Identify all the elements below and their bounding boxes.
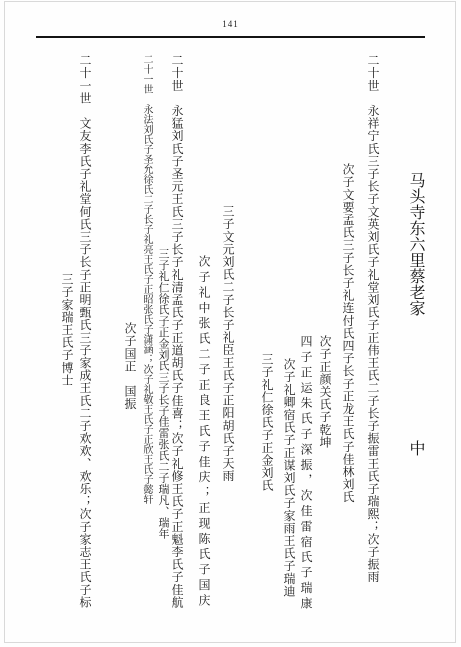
page-number: 141 (36, 19, 425, 29)
genealogy-column: 二十世 永猛刘氏子圣元王氏三子长子礼清孟氏子正道胡氏子佳喜；次子礼修王氏子正魁李… (170, 54, 184, 608)
genealogy-column: 次子文要孟氏三子长子礼连付氏四子长子正龙王氏子佳林刘氏 (341, 163, 355, 503)
genealogy-column: 二十一世 文友李氏子礼堂何氏三子长子正明甄氏三子家成王氏二子欢欢、欢乐；次子家志… (78, 54, 92, 608)
genealogy-column: 三子文元刘氏二子长子礼臣王氏子正阳胡氏子天雨 (221, 205, 235, 482)
genealogy-column: 次子礼中张氏二子正良王氏子佳庆；正现陈氏子国庆 (197, 255, 211, 609)
genealogy-column: 二十一世 永法刘氏子圣允徐氏二子长子礼亮王氏子正昭张氏子潇涵；次子礼敬王氏子正欣… (139, 54, 153, 504)
page-title: 马头寺东六里蔡老家 (404, 172, 427, 316)
genealogy-page: 141 马头寺东六里蔡老家 中 二十世 永祥宁氏三子长子文英刘氏子礼堂刘氏子正伟… (0, 0, 461, 647)
genealogy-column: 四子正运朱氏子深振，次佳雷宿氏子瑞康 (299, 335, 313, 612)
genealogy-column: 二十世 永祥宁氏三子长子文英刘氏子礼堂刘氏子正伟王氏二子长子振雷王氏子瑞熙；次子… (366, 54, 380, 583)
header-rule (36, 36, 425, 38)
genealogy-column: 三子礼仁徐氏子正金刘氏 (260, 353, 274, 492)
genealogy-column: 三子礼仁徐氏子正金刘氏三子长子佳雷张氏二子瑞凡、瑞年 (156, 248, 170, 539)
genealogy-column: 次子正颜关氏子乾坤 (318, 335, 332, 448)
genealogy-column: 次子国正 国振 (123, 322, 137, 410)
volume-marker: 中 (404, 440, 427, 456)
genealogy-column: 三子家瑞王氏子博士 (60, 273, 74, 386)
genealogy-column: 次子礼卿宿氏子正谋刘氏子家雨王氏子瑞迪 (282, 358, 296, 597)
